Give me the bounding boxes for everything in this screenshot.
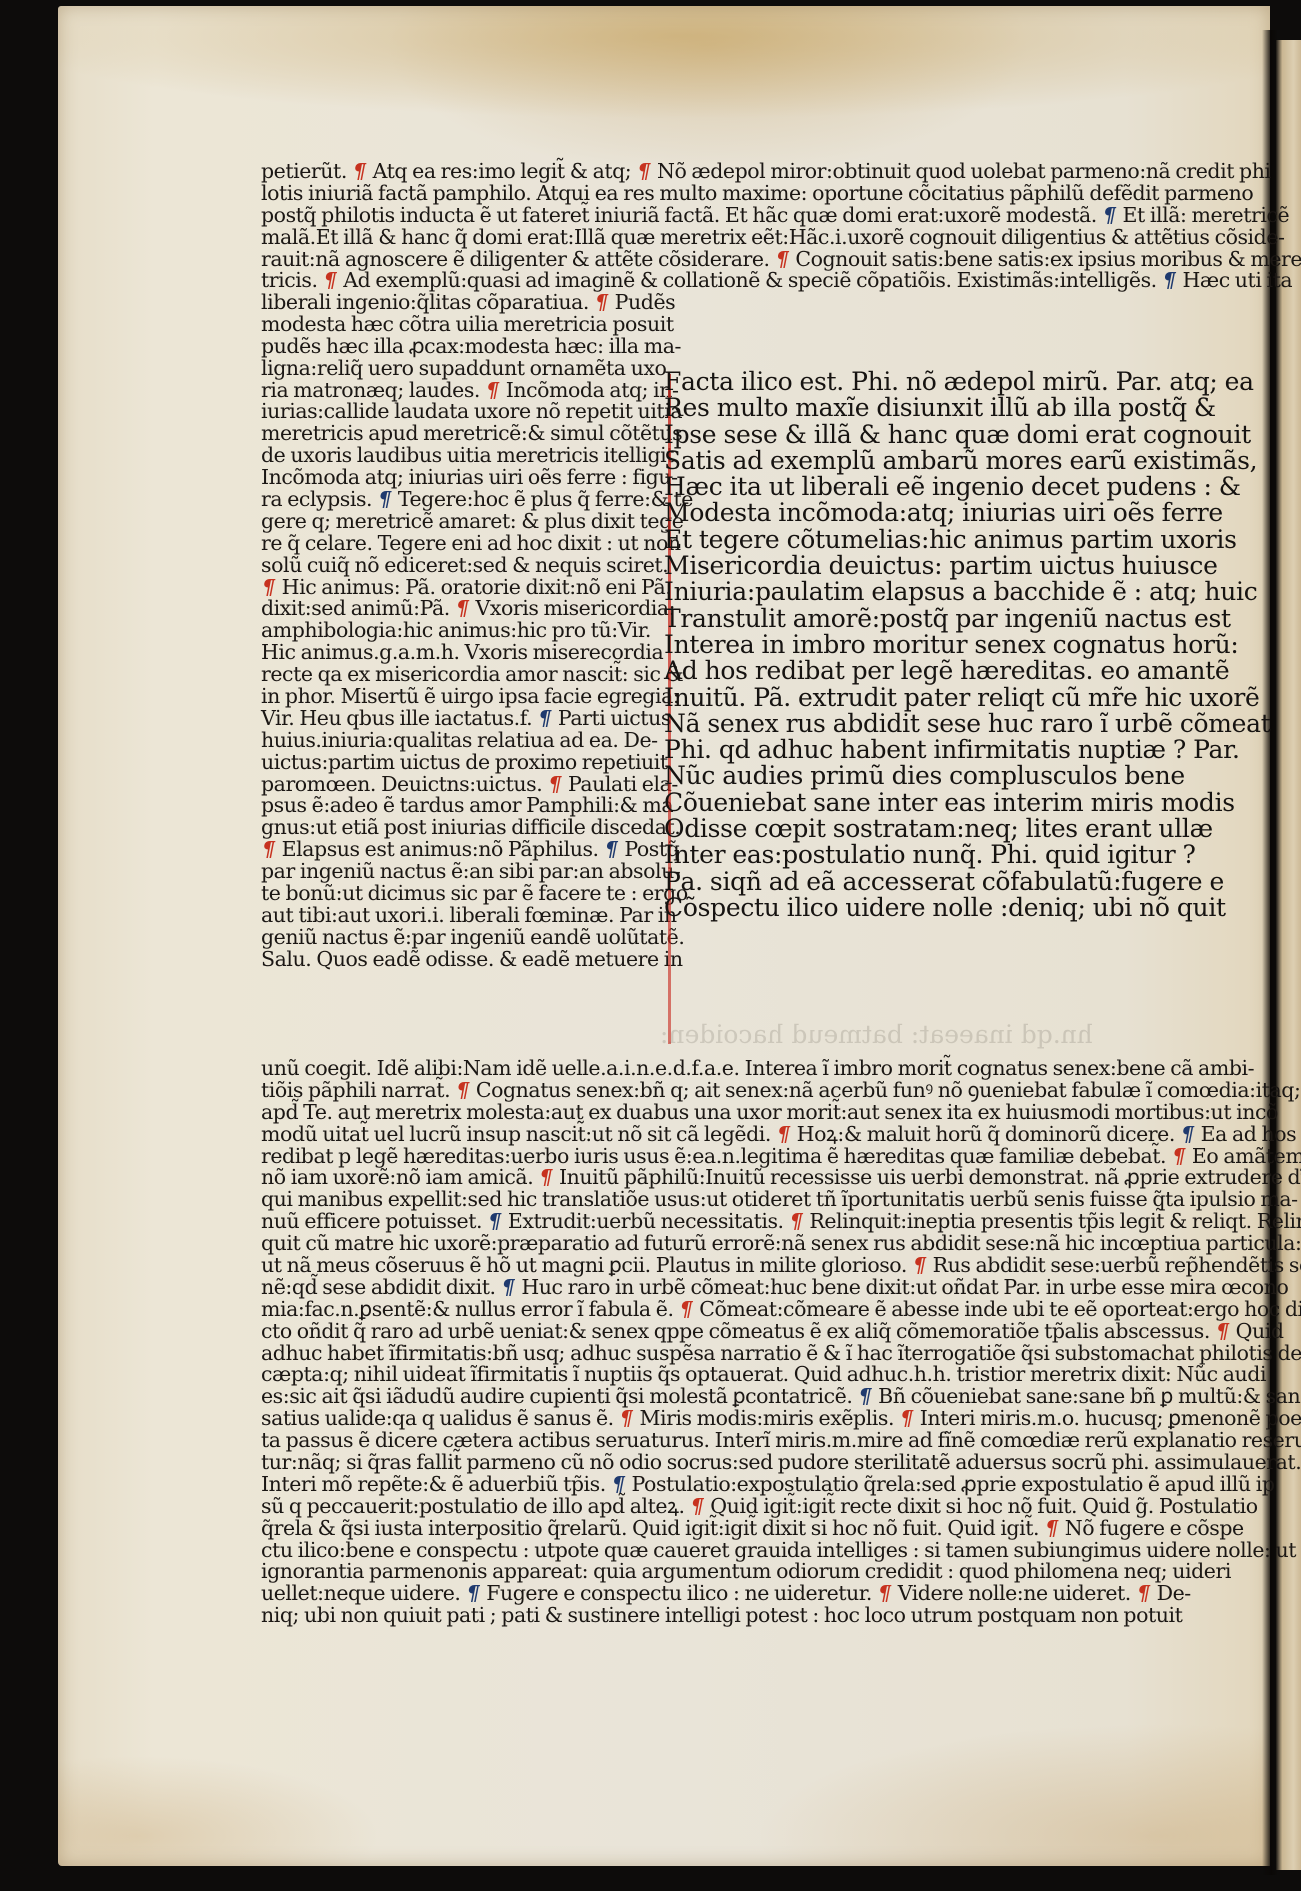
commentary-line: geniũ nactus ẽ:par ingeniũ eandẽ uolũtat…	[261, 927, 543, 949]
verse-line: Inuitũ. Pã. extrudit pater reliqt cũ mr̃…	[664, 685, 1184, 711]
verse-initial: I	[664, 632, 674, 658]
paragraph-mark-icon: ¶	[456, 1078, 469, 1102]
commentary-line: de uxoris laudibus uitia meretricis itel…	[261, 445, 543, 467]
commentary-line: modũ uitat̃ uel lucrũ insup nascit̃:ut n…	[261, 1124, 1037, 1146]
verse-text: hi. qd adhuc habent infirmitatis nuptiæ …	[681, 735, 1240, 764]
verse-initial: C	[664, 790, 683, 816]
paragraph-mark-icon: ¶	[878, 1581, 891, 1605]
verse-text: acta ilico est. Phi. nõ ædepol mirũ. Par…	[681, 367, 1254, 396]
commentary-line: nõ iam uxorẽ:nõ iam amicã. ¶ Inuitũ pãph…	[261, 1167, 1037, 1189]
verse-text: ũc audies primũ dies complusculos bene	[686, 761, 1185, 790]
verse-initial: O	[664, 816, 684, 842]
commentary-line: redibat p legẽ hæreditas:uerbo iuris usu…	[261, 1146, 1037, 1168]
paragraph-mark-icon: ¶	[1163, 268, 1176, 292]
commentary-line: Salu. Quos eadẽ odisse. & eadẽ metuere i…	[261, 949, 543, 971]
paragraph-mark-icon: ¶	[1137, 1581, 1150, 1605]
commentary-line: rauit:nã agnoscere ẽ diligenter & attẽte…	[261, 249, 1031, 271]
commentary-line: unũ coegit. Idẽ alibi:Nam idẽ uelle.a.i.…	[261, 1058, 1037, 1080]
verse-text: d hos redibat per legẽ hæreditas. eo ama…	[682, 656, 1230, 685]
paragraph-mark-icon: ¶	[539, 1165, 552, 1189]
verse-initial: I	[664, 422, 674, 448]
verse-line: Interea in imbro moritur senex cognatus …	[664, 632, 1184, 658]
verse-line: Odisse cœpit sostratam:neq; lites erant …	[664, 816, 1184, 842]
commentary-line: Hic animus.g.a.m.h. Vxoris miserecordia	[261, 642, 543, 664]
verse-text: isericordia deuictus: partim uictus huiu…	[689, 551, 1217, 580]
commentary-line: es:sic ait q̃si iãdudũ audire cupienti q…	[261, 1386, 1037, 1408]
paragraph-mark-icon: ¶	[1181, 1122, 1194, 1146]
commentary-line: modesta hæc cõtra uilia meretricia posui…	[261, 314, 543, 336]
commentary-line: uellet:neque uidere. ¶ Fugere e conspect…	[261, 1583, 1037, 1605]
facing-page-edge	[1276, 40, 1301, 1870]
commentary-line: satius ualide:qa q ualidus ẽ sanus ẽ. ¶ …	[261, 1408, 1037, 1430]
commentary-line: ta passus ẽ dicere cætera actibus seruat…	[261, 1430, 1037, 1452]
verse-initial: P	[664, 737, 681, 763]
paragraph-mark-icon: ¶	[620, 1406, 633, 1430]
verse-line: Iniuria:paulatim elapsus a bacchide ẽ : …	[664, 579, 1184, 605]
commentary-line: re q̃ celare. Tegere eni ad hoc dixit : …	[261, 533, 543, 555]
show-through-text: hn.qd inaeeat: batmeud hacoiden:	[660, 1020, 1093, 1049]
commentary-line: tiõis pãphili narrat̃. ¶ Cognatus senex:…	[261, 1080, 1037, 1102]
verse-line: Ad hos redibat per legẽ hæreditas. eo am…	[664, 658, 1184, 684]
verse-text: es multo maxĩe disiunxit illũ ab illa po…	[683, 393, 1216, 422]
verse-text: disse cœpit sostratam:neq; lites erant u…	[684, 814, 1213, 843]
paragraph-mark-icon: ¶	[605, 837, 618, 861]
paragraph-mark-icon: ¶	[467, 1581, 480, 1605]
commentary-line: te bonũ:ut dicimus sic par ẽ facere te :…	[261, 883, 543, 905]
commentary-line: q̃rela & q̃si iusta interpositio q̃relar…	[261, 1518, 1037, 1540]
paragraph-mark-icon: ¶	[680, 1297, 693, 1321]
paragraph-mark-icon: ¶	[1045, 1516, 1058, 1540]
commentary-line: liberali ingenio:q̃litas cõparatiua. ¶ P…	[261, 292, 543, 314]
commentary-line: niq; ubi non quiuit pati ; pati & sustin…	[261, 1605, 1037, 1627]
commentary-top-block: petierũt. ¶ Atq ea res:imo legit̃ & atq;…	[261, 161, 1031, 292]
commentary-line: tur:nãq; si q̃ras fallit̃ parmeno cũ nõ …	[261, 1452, 1037, 1474]
commentary-line: Vir. Heu qbus ille iactatus.f. ¶ Parti u…	[261, 708, 543, 730]
commentary-line: psus ẽ:adeo ẽ tardus amor Pamphili:& ma	[261, 795, 543, 817]
paragraph-mark-icon: ¶	[790, 1209, 803, 1233]
commentary-line: huius.iniuria:qualitas relatiua ad ea. D…	[261, 730, 543, 752]
verse-text: pse sese & illã & hanc quæ domi erat cog…	[674, 420, 1251, 449]
commentary-line: gere q; meretricẽ amaret: & plus dixit t…	[261, 511, 543, 533]
verse-line: Pa. siqñ ad eã accesserat cõfabulatũ:fug…	[664, 869, 1184, 895]
commentary-line: amphibologia:hic animus:hic pro tũ:Vir.	[261, 620, 543, 642]
paragraph-mark-icon: ¶	[913, 1253, 926, 1277]
commentary-line: nẽ:qd̃ sese abdidit dixit. ¶ Huc raro in…	[261, 1277, 1037, 1299]
verse-initial: N	[664, 711, 686, 737]
commentary-line: ctu ilico:bene e conspectu : utpote quæ …	[261, 1540, 1037, 1562]
verse-line: Nũc audies primũ dies complusculos bene	[664, 763, 1184, 789]
commentary-line: recte qa ex misericordia amor nascit̃: s…	[261, 664, 543, 686]
verse-initial: A	[664, 658, 682, 684]
verse-line: Ipse sese & illã & hanc quæ domi erat co…	[664, 422, 1184, 448]
verse-line: Cõueniebat sane inter eas interim miris …	[664, 790, 1184, 816]
paragraph-mark-icon: ¶	[1216, 1319, 1229, 1343]
verse-line: Modesta incõmoda:atq; iniurias uiri oẽs …	[664, 500, 1184, 526]
commentary-line: qui manibus expellit:sed hic translatiõe…	[261, 1189, 1037, 1211]
paragraph-mark-icon: ¶	[324, 268, 337, 292]
paragraph-mark-icon: ¶	[691, 1494, 704, 1518]
verse-initial: E	[664, 527, 682, 553]
verse-text: nterea in imbro moritur senex cognatus h…	[674, 630, 1239, 659]
verse-line: Phi. qd adhuc habent infirmitatis nuptiæ…	[664, 737, 1184, 763]
paragraph-mark-icon: ¶	[1103, 203, 1116, 227]
commentary-line: cæpta:q; nihil uideat ĩfirmitatis ĩ nupt…	[261, 1364, 1037, 1386]
verse-text: a. siqñ ad eã accesserat cõfabulatũ:fuge…	[681, 867, 1224, 896]
commentary-line: dixit:sed animũ:Pã. ¶ Vxoris misericordi…	[261, 598, 543, 620]
commentary-line: in phor. Misertũ ẽ uirgo ipsa facie egre…	[261, 686, 543, 708]
paragraph-mark-icon: ¶	[262, 837, 275, 861]
verse-text: niuria:paulatim elapsus a bacchide ẽ : a…	[674, 577, 1258, 606]
verse-initial: R	[664, 395, 683, 421]
verse-initial: M	[664, 553, 689, 579]
commentary-line: Incõmoda atq; iniurias uiri oẽs ferre : …	[261, 467, 543, 489]
paragraph-mark-icon: ¶	[548, 772, 561, 796]
verse-line: Et tegere cõtumelias:hic animus partim u…	[664, 527, 1184, 553]
commentary-line: ignorantia parmenonis appareat: quia arg…	[261, 1561, 1037, 1583]
verse-initial: C	[664, 895, 683, 921]
verse-initial: M	[664, 500, 689, 526]
verse-text: t tegere cõtumelias:hic animus partim ux…	[682, 525, 1237, 554]
paragraph-mark-icon: ¶	[612, 1472, 625, 1496]
verse-line: Facta ilico est. Phi. nõ ædepol mirũ. Pa…	[664, 369, 1184, 395]
paragraph-mark-icon: ¶	[488, 1209, 501, 1233]
commentary-line: quit cũ matre hic uxorẽ:præparatio ad fu…	[261, 1233, 1037, 1255]
commentary-left-column: liberali ingenio:q̃litas cõparatiua. ¶ P…	[261, 292, 543, 971]
verse-initial: F	[664, 369, 681, 395]
paragraph-mark-icon: ¶	[777, 1122, 790, 1146]
paragraph-mark-icon: ¶	[378, 487, 391, 511]
commentary-line: Interi mõ repẽte:& ẽ aduerbiũ tp̃is. ¶ P…	[261, 1474, 1037, 1496]
commentary-line: ra eclypsis. ¶ Tegere:hoc ẽ plus q̃ ferr…	[261, 489, 543, 511]
commentary-bottom-block: unũ coegit. Idẽ alibi:Nam idẽ uelle.a.i.…	[261, 1058, 1037, 1627]
commentary-line: malã.Et illã & hanc q̃ domi erat:Illã qu…	[261, 227, 1031, 249]
commentary-line: pudẽs hæc illa ꝓcax:modesta hæc: illa ma…	[261, 336, 543, 358]
commentary-line: gnus:ut etiã post iniurias difficile dis…	[261, 817, 543, 839]
commentary-line: ria matronæq; laudes. ¶ Incõmoda atq; in…	[261, 380, 543, 402]
commentary-line: apd̃ Te. aut meretrix molesta:aut ex dua…	[261, 1102, 1037, 1124]
commentary-line: adhuc habet ĩfirmitatis:bñ usq; adhuc su…	[261, 1343, 1037, 1365]
commentary-line: petierũt. ¶ Atq ea res:imo legit̃ & atq;…	[261, 161, 1031, 183]
paragraph-mark-icon: ¶	[637, 159, 650, 183]
paragraph-mark-icon: ¶	[353, 159, 366, 183]
verse-text: nter eas:postulatio nunq̃. Phi. quid igi…	[674, 840, 1196, 869]
verse-initial: T	[664, 606, 680, 632]
verse-initial: I	[664, 842, 674, 868]
commentary-line: meretricis apud meretricẽ:& simul cõtẽtu…	[261, 423, 543, 445]
paragraph-mark-icon: ¶	[776, 247, 789, 271]
verse-line: Res multo maxĩe disiunxit illũ ab illa p…	[664, 395, 1184, 421]
verse-text: ã senex rus abdidit sese huc raro ĩ urbẽ…	[686, 709, 1271, 738]
commentary-line: solũ cuiq̃ nõ ediceret:sed & nequis scir…	[261, 555, 543, 577]
verse-line: Transtulit amorẽ:postq̃ par ingeniũ nact…	[664, 606, 1184, 632]
paragraph-mark-icon: ¶	[595, 290, 608, 314]
paragraph-mark-icon: ¶	[486, 378, 499, 402]
commentary-line: iurias:callide laudata uxore nõ repetit …	[261, 401, 543, 423]
paragraph-mark-icon: ¶	[502, 1275, 515, 1299]
paragraph-mark-icon: ¶	[900, 1406, 913, 1430]
verse-line: Misericordia deuictus: partim uictus hui…	[664, 553, 1184, 579]
verse-line: Hæc ita ut liberali eẽ ingenio decet pud…	[664, 474, 1184, 500]
verse-initial: S	[664, 448, 681, 474]
commentary-line: ut nã meus cõseruus ẽ hõ ut magni ꝑcii. …	[261, 1255, 1037, 1277]
verse-text: nuitũ. Pã. extrudit pater reliqt cũ mr̃e…	[674, 683, 1260, 712]
commentary-line: nuũ efficere potuisset. ¶ Extrudit:uerbũ…	[261, 1211, 1037, 1233]
verse-text: õueniebat sane inter eas interim miris m…	[683, 788, 1235, 817]
paragraph-mark-icon: ¶	[858, 1384, 871, 1408]
commentary-line: ligna:reliq̃ uero supaddunt ornamẽta uxo	[261, 358, 543, 380]
paragraph-mark-icon: ¶	[456, 596, 469, 620]
paragraph-mark-icon: ¶	[1172, 1144, 1185, 1168]
verse-initial: H	[664, 474, 686, 500]
verse-text: õspectu ilico uidere nolle :deniq; ubi n…	[683, 893, 1226, 922]
commentary-line: aut tibi:aut uxori.i. liberali fœminæ. P…	[261, 905, 543, 927]
verse-text: atis ad exemplũ ambarũ mores earũ existi…	[681, 446, 1257, 475]
commentary-line: sũ q peccauerit:postulatio de illo apd̃ …	[261, 1496, 1037, 1518]
paragraph-mark-icon: ¶	[262, 575, 275, 599]
verse-initial: P	[664, 869, 681, 895]
commentary-line: uictus:partim uictus de proximo repetiui…	[261, 752, 543, 774]
verse-text-block: Facta ilico est. Phi. nõ ædepol mirũ. Pa…	[664, 369, 1184, 921]
commentary-line: par ingeniũ nactus ẽ:an sibi par:an abso…	[261, 861, 543, 883]
verse-initial: I	[664, 579, 674, 605]
commentary-line: lotis iniuriã factã pamphilo. Atqui ea r…	[261, 183, 1031, 205]
commentary-line: postq̃ philotis inducta ẽ ut fateret̃ in…	[261, 205, 1031, 227]
verse-initial: N	[664, 763, 686, 789]
commentary-line: ¶ Elapsus est animus:nõ Pãphilus. ¶ Post…	[261, 839, 543, 861]
paragraph-mark-icon: ¶	[538, 706, 551, 730]
verse-text: æc ita ut liberali eẽ ingenio decet pude…	[686, 472, 1241, 501]
verse-line: Satis ad exemplũ ambarũ mores earũ exist…	[664, 448, 1184, 474]
verse-text: odesta incõmoda:atq; iniurias uiri oẽs f…	[689, 498, 1223, 527]
verse-line: Inter eas:postulatio nunq̃. Phi. quid ig…	[664, 842, 1184, 868]
commentary-line: paromœen. Deuictns:uictus. ¶ Paulati ela…	[261, 774, 543, 796]
verse-initial: I	[664, 685, 674, 711]
verse-text: ranstulit amorẽ:postq̃ par ingeniũ nactu…	[680, 604, 1230, 633]
verse-line: Cõspectu ilico uidere nolle :deniq; ubi …	[664, 895, 1184, 921]
commentary-line: mia:fac.n.ꝑsentẽ:& nullus error ĩ fabula…	[261, 1299, 1037, 1321]
commentary-line: cto oñdit q̃ raro ad urbẽ ueniat:& senex…	[261, 1321, 1037, 1343]
commentary-line: ¶ Hic animus: Pã. oratorie dixit:nõ eni …	[261, 577, 543, 599]
verse-line: Nã senex rus abdidit sese huc raro ĩ urb…	[664, 711, 1184, 737]
